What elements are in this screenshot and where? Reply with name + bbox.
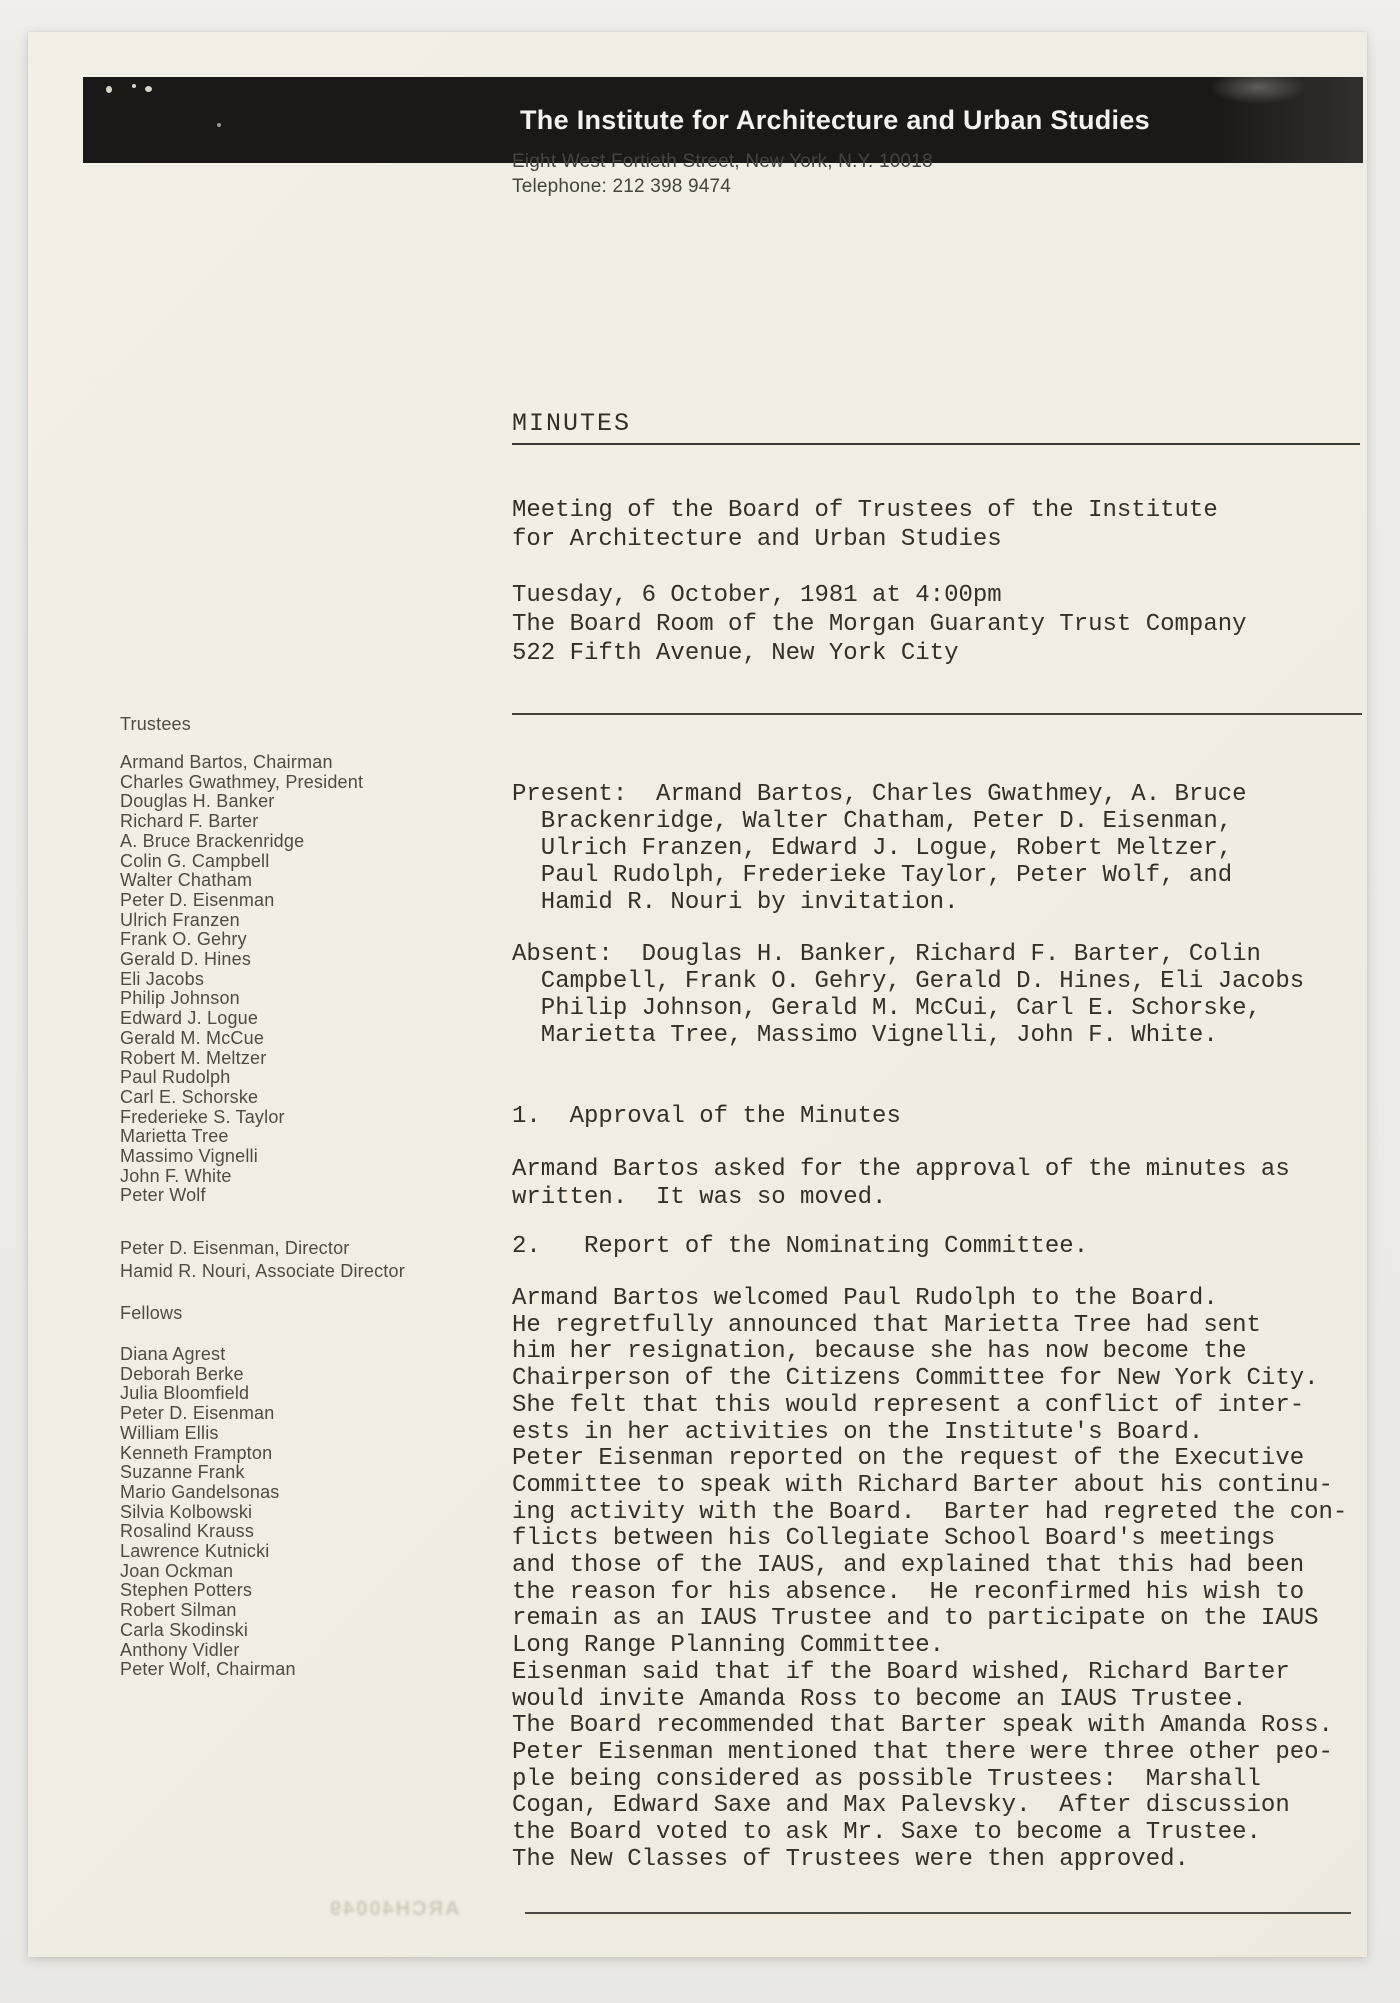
agenda-item-1-body: Armand Bartos asked for the approval of … xyxy=(512,1156,1290,1212)
absent-attendees-paragraph: Absent: Douglas H. Banker, Richard F. Ba… xyxy=(512,941,1304,1049)
scanner-background: The Institute for Architecture and Urban… xyxy=(0,0,1400,2003)
trustees-list: Armand Bartos, Chairman Charles Gwathmey… xyxy=(120,753,363,1206)
section-divider xyxy=(512,713,1362,715)
document-title: MINUTES xyxy=(512,410,1360,445)
fellows-list: Diana Agrest Deborah Berke Julia Bloomfi… xyxy=(120,1345,296,1680)
meeting-description: Meeting of the Board of Trustees of the … xyxy=(512,496,1218,554)
directors-list: Peter D. Eisenman, Director Hamid R. Nou… xyxy=(120,1237,405,1283)
agenda-item-1-heading: 1. Approval of the Minutes xyxy=(512,1103,901,1130)
meeting-datetime-location: Tuesday, 6 October, 1981 at 4:00pm The B… xyxy=(512,581,1247,668)
present-attendees-paragraph: Present: Armand Bartos, Charles Gwathmey… xyxy=(512,781,1247,916)
document-page: The Institute for Architecture and Urban… xyxy=(28,32,1367,1957)
verso-ink-bleedthrough: ARCH40049 xyxy=(328,1898,459,1921)
fellows-heading: Fellows xyxy=(120,1303,182,1323)
scan-speck xyxy=(217,123,221,127)
letterhead-address: Eight West Fortieth Street, New York, N.… xyxy=(512,149,933,199)
scan-speck xyxy=(106,86,112,93)
scan-speck xyxy=(132,84,136,88)
agenda-item-2-heading: 2. Report of the Nominating Committee. xyxy=(512,1233,1088,1260)
footer-divider xyxy=(525,1912,1351,1914)
agenda-item-2-body: Armand Bartos welcomed Paul Rudolph to t… xyxy=(512,1286,1347,1873)
trustees-heading: Trustees xyxy=(120,714,191,734)
scan-speck xyxy=(145,86,152,92)
